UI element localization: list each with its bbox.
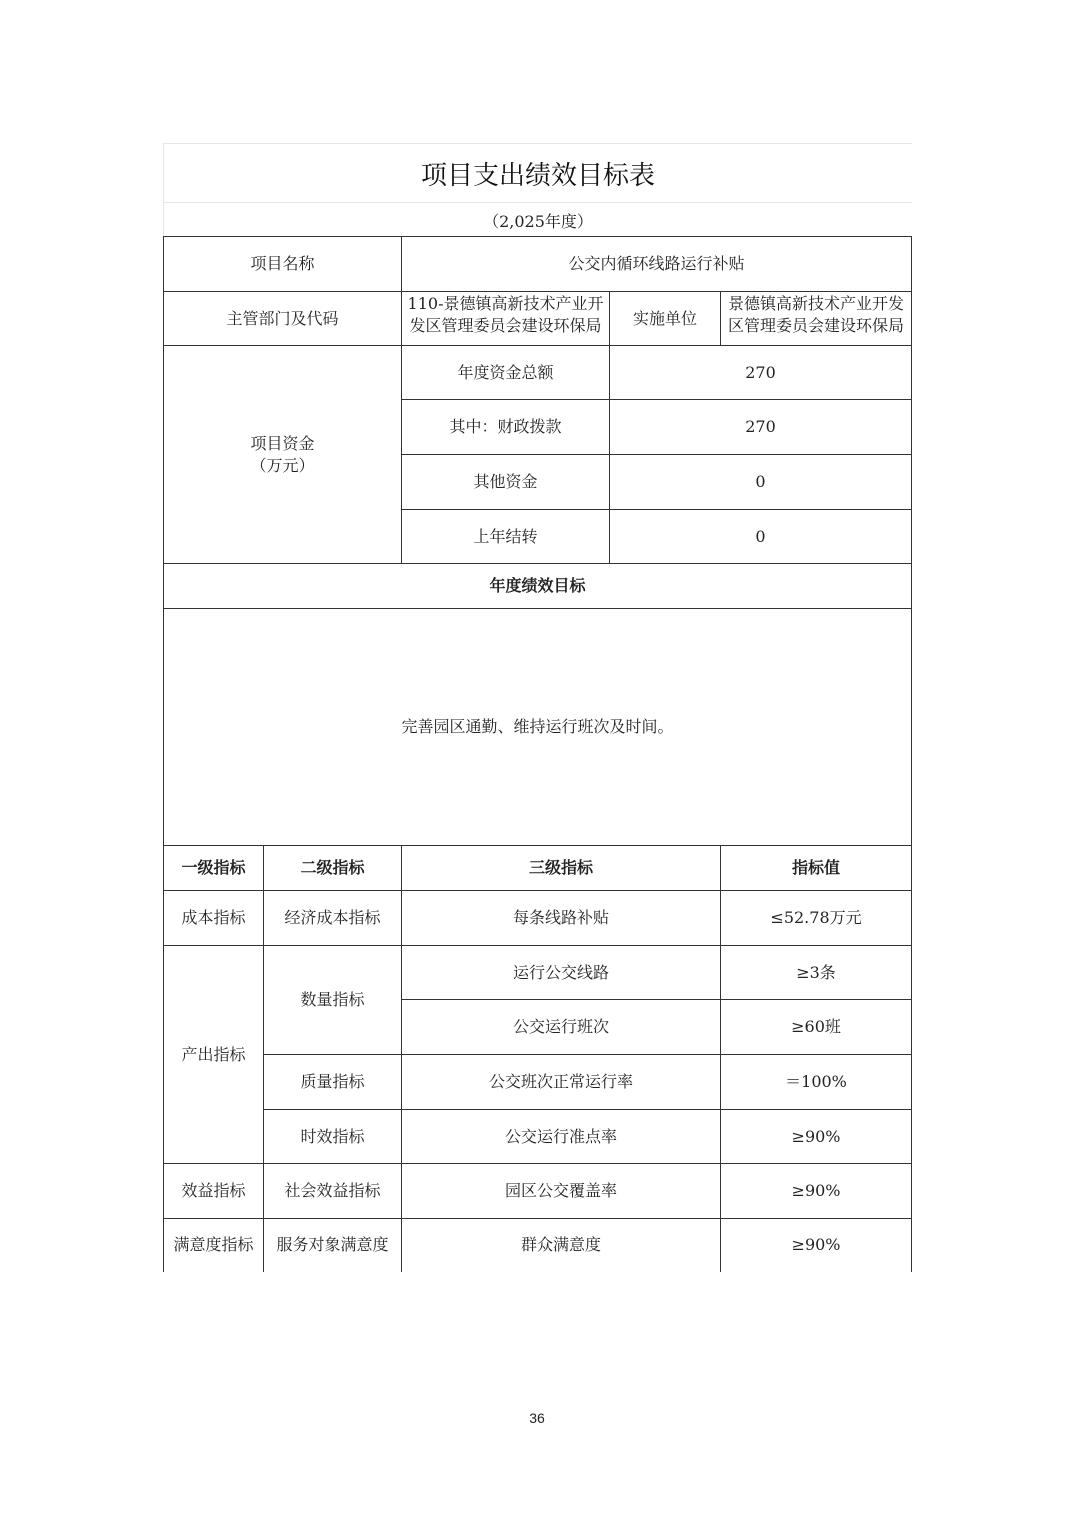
fund-row-label: 年度资金总额 [402,346,610,400]
unit-label: 实施单位 [610,292,721,346]
indicator-l3: 公交运行班次 [402,1000,721,1055]
indicator-value: ≥90% [721,1219,912,1272]
indicator-value: ＝100% [721,1055,912,1110]
indicator-l1: 产出指标 [164,946,264,1164]
col-header-l1: 一级指标 [164,846,264,891]
indicator-l3: 公交班次正常运行率 [402,1055,721,1110]
indicator-l2: 经济成本指标 [264,891,402,946]
indicator-value: ≥3条 [721,946,912,1000]
indicator-l1: 成本指标 [164,891,264,946]
indicator-l3: 园区公交覆盖率 [402,1164,721,1219]
col-header-value: 指标值 [721,846,912,891]
indicator-value: ≥90% [721,1110,912,1164]
unit-value: 景德镇高新技术产业开发区管理委员会建设环保局 [721,292,912,346]
fund-row-label: 其他资金 [402,455,610,510]
fund-row-label: 上年结转 [402,510,610,564]
funds-label: 项目资金 （万元） [164,346,402,564]
project-name-label: 项目名称 [164,237,402,292]
dept-label: 主管部门及代码 [164,292,402,346]
indicator-l3: 群众满意度 [402,1219,721,1272]
table-row: 质量指标 公交班次正常运行率 ＝100% [164,1055,912,1110]
table-row: 产出指标 数量指标 运行公交线路 ≥3条 [164,946,912,1000]
page-number: 36 [0,1410,1074,1426]
indicator-l2: 服务对象满意度 [264,1219,402,1272]
table-row: 时效指标 公交运行准点率 ≥90% [164,1110,912,1164]
table-row: 成本指标 经济成本指标 每条线路补贴 ≤52.78万元 [164,891,912,946]
fund-row-value: 270 [610,400,912,455]
col-header-l3: 三级指标 [402,846,721,891]
indicator-l3: 公交运行准点率 [402,1110,721,1164]
indicator-l3: 运行公交线路 [402,946,721,1000]
fiscal-year: （2,025年度） [163,202,912,237]
indicator-l2: 质量指标 [264,1055,402,1110]
dept-value: 110-景德镇高新技术产业开发区管理委员会建设环保局 [402,292,610,346]
goal-header: 年度绩效目标 [164,564,912,609]
indicator-l3: 每条线路补贴 [402,891,721,946]
indicator-l2: 社会效益指标 [264,1164,402,1219]
table-row: 满意度指标 服务对象满意度 群众满意度 ≥90% [164,1219,912,1272]
indicator-l1: 满意度指标 [164,1219,264,1272]
project-name-value: 公交内循环线路运行补贴 [402,237,912,292]
fund-row-value: 0 [610,510,912,564]
fund-row-label: 其中：财政拨款 [402,400,610,455]
indicator-value: ≤52.78万元 [721,891,912,946]
fund-row-value: 0 [610,455,912,510]
indicator-value: ≥60班 [721,1000,912,1055]
col-header-l2: 二级指标 [264,846,402,891]
fund-row-value: 270 [610,346,912,400]
indicator-l2: 时效指标 [264,1110,402,1164]
goal-text: 完善园区通勤、维持运行班次及时间。 [164,609,912,846]
page-title: 项目支出绩效目标表 [163,143,912,202]
indicator-l2: 数量指标 [264,946,402,1055]
performance-table: 项目名称 公交内循环线路运行补贴 主管部门及代码 110-景德镇高新技术产业开发… [163,236,912,1272]
indicator-value: ≥90% [721,1164,912,1219]
indicator-l1: 效益指标 [164,1164,264,1219]
table-row: 效益指标 社会效益指标 园区公交覆盖率 ≥90% [164,1164,912,1219]
